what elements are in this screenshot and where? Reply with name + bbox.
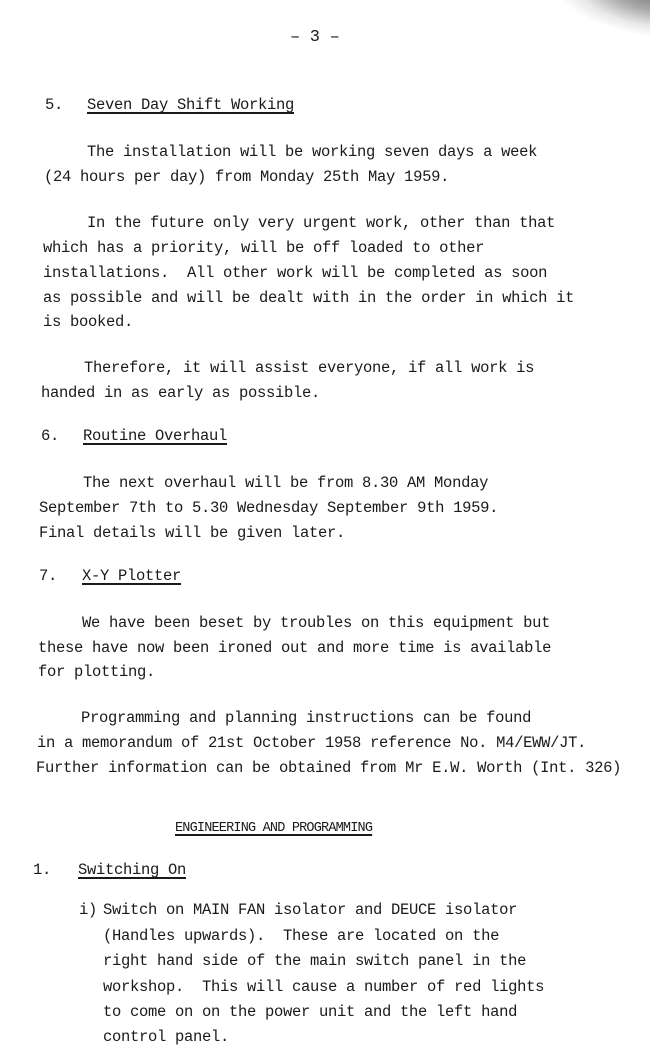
s5-p3-line2: handed in as early as possible. [41, 384, 320, 402]
part-heading: ENGINEERING AND PROGRAMMING [175, 821, 372, 836]
eng-section-1-heading: Switching On [78, 861, 186, 879]
s7-p2-line3: Further information can be obtained from… [36, 759, 621, 777]
s5-p2-line4: as possible and will be dealt with in th… [43, 289, 574, 307]
item-i-line4: workshop. This will cause a number of re… [103, 978, 544, 996]
eng-section-1-number: 1. [33, 861, 51, 879]
s7-p2-line1: Programming and planning instructions ca… [81, 709, 531, 727]
s5-p1-line1: The installation will be working seven d… [87, 143, 537, 161]
s7-p2-line2: in a memorandum of 21st October 1958 ref… [37, 734, 586, 752]
item-i-label: i) [79, 901, 97, 919]
s7-p1-line2: these have now been ironed out and more … [38, 639, 551, 657]
section-6-number: 6. [41, 427, 59, 445]
s5-p2-line1: In the future only very urgent work, oth… [87, 214, 555, 232]
s6-p1-line1: The next overhaul will be from 8.30 AM M… [83, 474, 488, 492]
item-i-line6: control panel. [103, 1028, 229, 1046]
section-7-heading: X-Y Plotter [82, 567, 181, 585]
s5-p2-line3: installations. All other work will be co… [43, 264, 547, 282]
item-i-line5: to come on on the power unit and the lef… [103, 1003, 517, 1021]
s5-p3-line1: Therefore, it will assist everyone, if a… [84, 359, 534, 377]
section-6-heading: Routine Overhaul [83, 427, 227, 445]
s7-p1-line3: for plotting. [38, 663, 155, 681]
s6-p1-line3: Final details will be given later. [39, 524, 345, 542]
s5-p2-line2: which has a priority, will be off loaded… [43, 239, 484, 257]
section-7-number: 7. [39, 567, 57, 585]
section-5-number: 5. [45, 96, 63, 114]
item-i-line3: right hand side of the main switch panel… [103, 952, 526, 970]
s6-p1-line2: September 7th to 5.30 Wednesday Septembe… [39, 499, 498, 517]
item-i-line2: (Handles upwards). These are located on … [103, 927, 499, 945]
page-number: – 3 – [290, 28, 340, 47]
section-5-heading: Seven Day Shift Working [87, 96, 294, 114]
s5-p2-line5: is booked. [43, 313, 133, 331]
s5-p1-line2: (24 hours per day) from Monday 25th May … [44, 168, 449, 186]
item-i-line1: Switch on MAIN FAN isolator and DEUCE is… [103, 901, 517, 919]
s7-p1-line1: We have been beset by troubles on this e… [82, 614, 550, 632]
scan-smudge [547, 0, 650, 38]
